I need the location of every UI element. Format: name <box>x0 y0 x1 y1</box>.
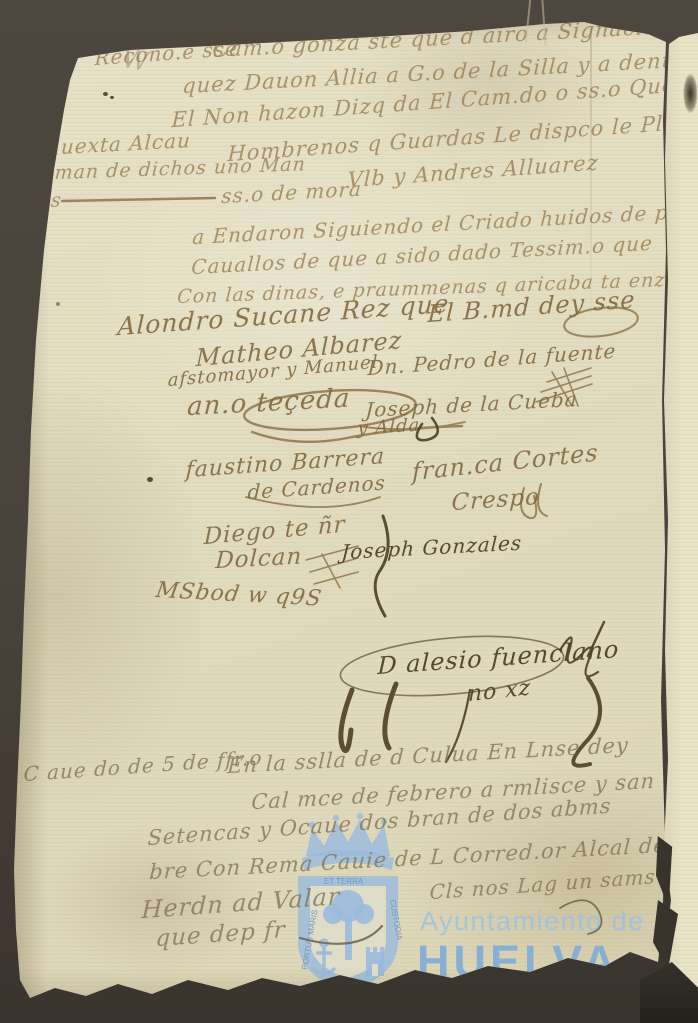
manuscript-page: ET TERRA PORTUS MARIS CUSTODIA Ayunt <box>0 0 698 1023</box>
ink-spot <box>103 92 108 96</box>
ink-spot <box>147 477 153 482</box>
signature-line: y Alda <box>357 415 421 439</box>
signature-line: Dolcan <box>215 543 303 574</box>
ink-blot <box>679 70 698 122</box>
ink-spot <box>56 302 60 306</box>
archive-scan-background: { "scene": { "background_color": "#49443… <box>0 0 698 1023</box>
body-line: Los <box>24 189 63 212</box>
ink-spot <box>110 96 114 99</box>
